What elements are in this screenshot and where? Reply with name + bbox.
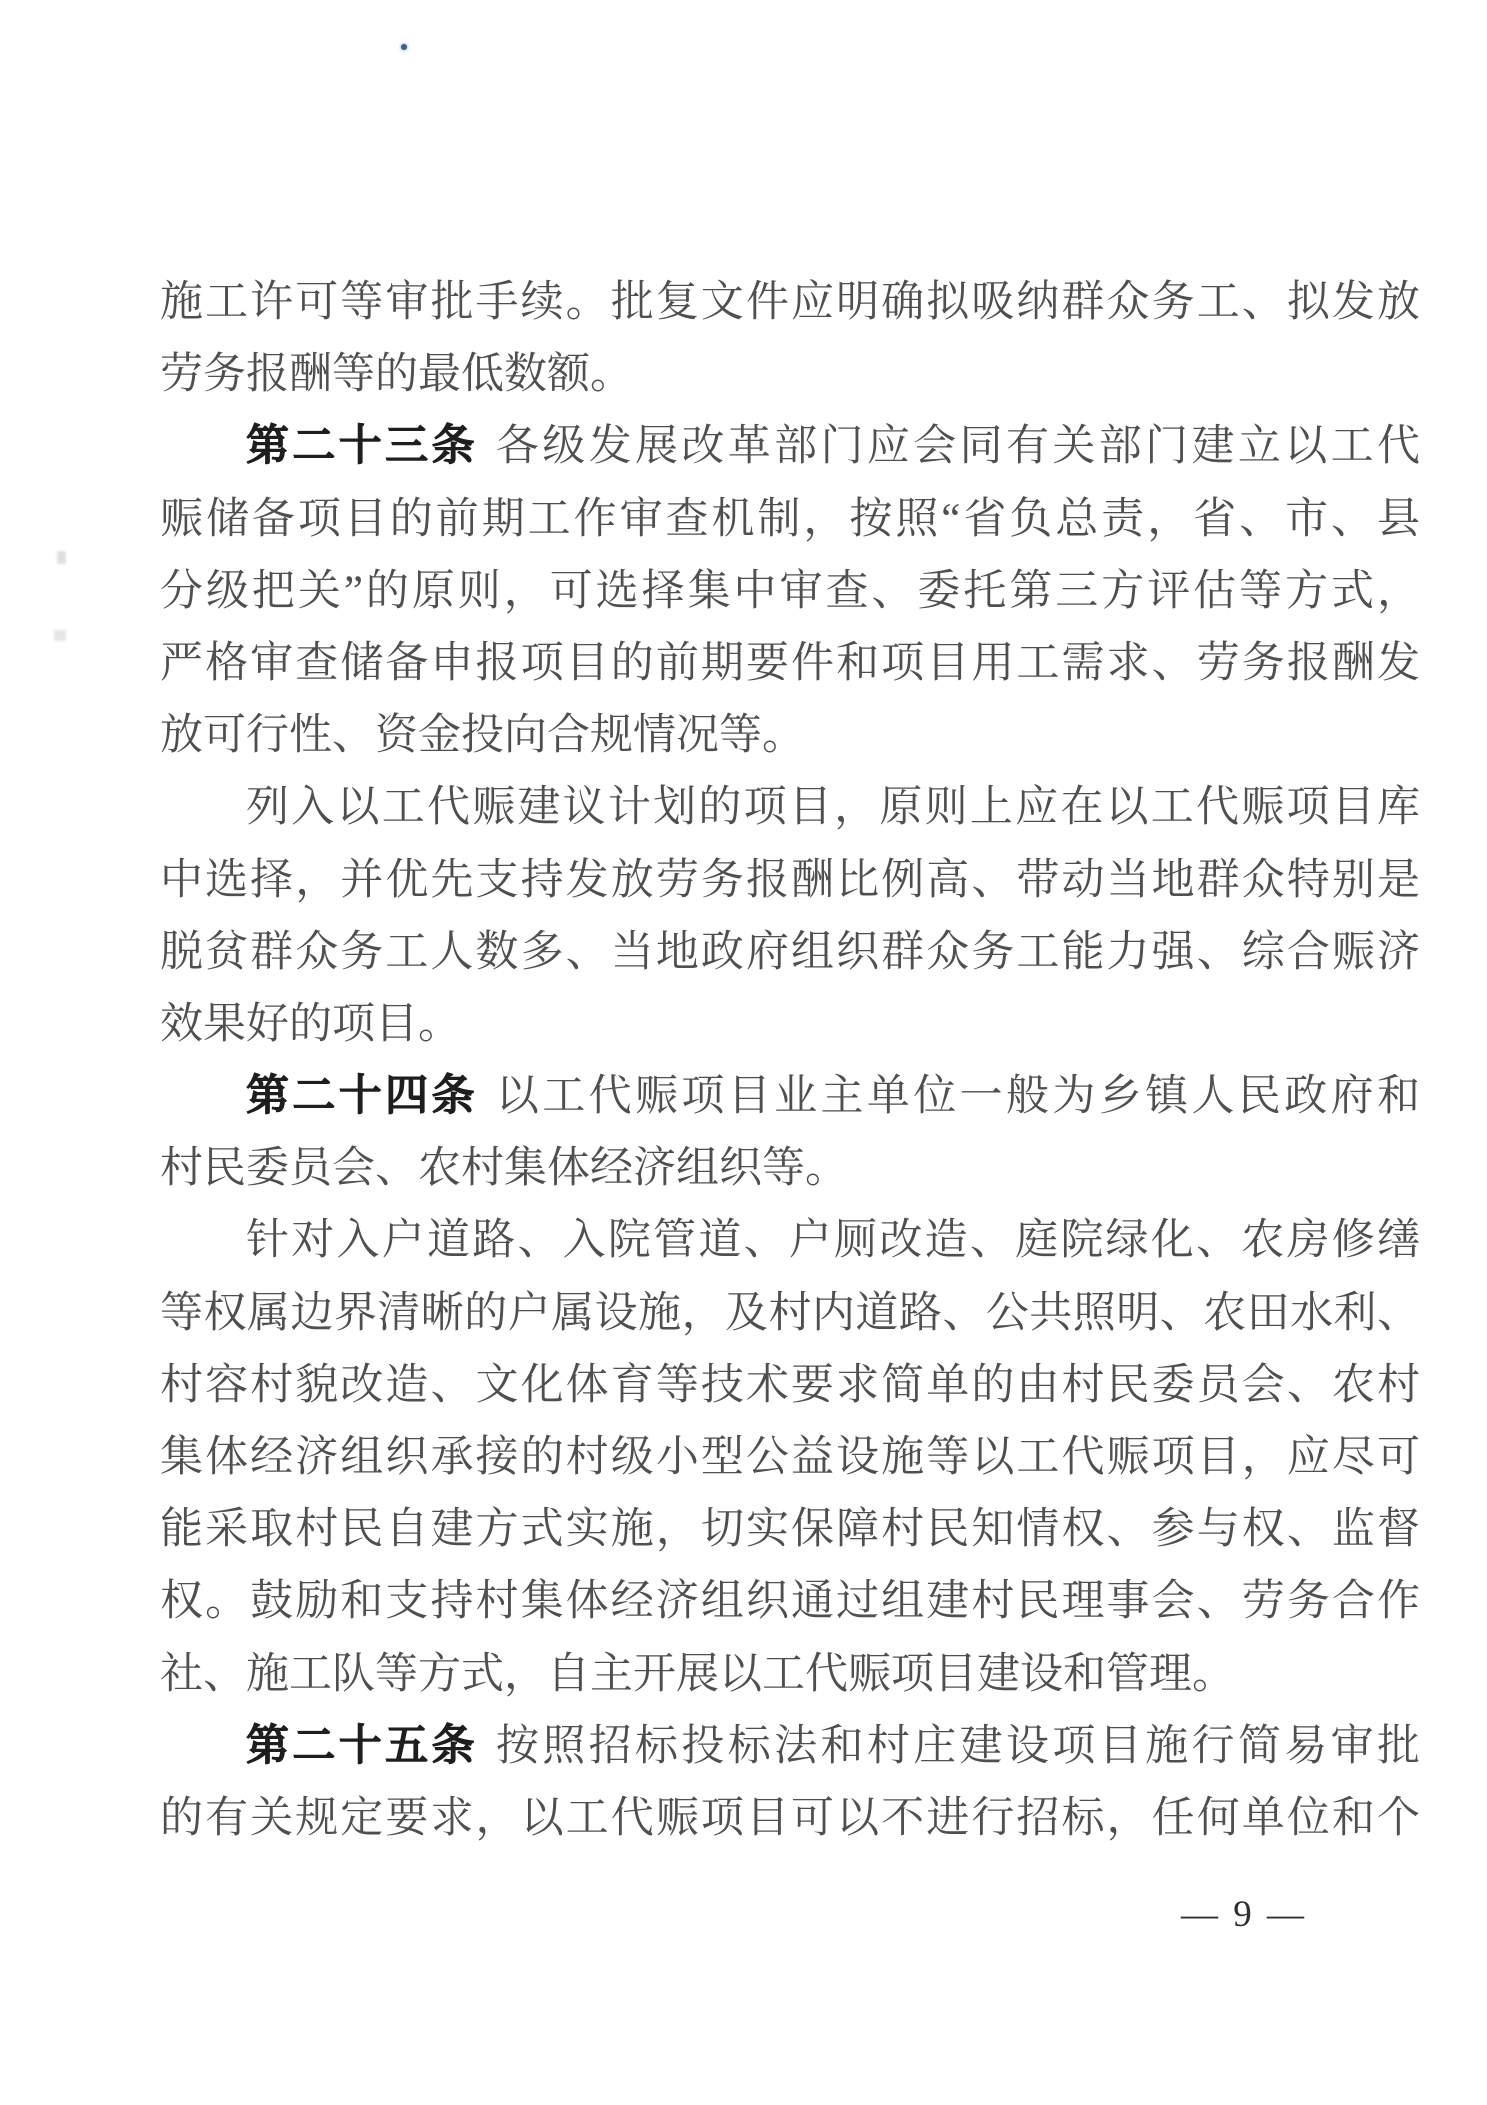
text-line: 社、施工队等方式，自主开展以工代赈项目建设和管理。 (160, 1639, 1420, 1711)
line-text: 村容村貌改造、文化体育等技术要求简单的由村民委员会、农村 (160, 1362, 1420, 1409)
scan-smudge-artifact (57, 551, 66, 564)
line-text: 以工代赈项目业主单位一般为乡镇人民政府和 (496, 1073, 1420, 1120)
text-line-paragraph-start: 列入以工代赈建议计划的项目，原则上应在以工代赈项目库 (160, 772, 1420, 844)
text-line: 村民委员会、农村集体经济组织等。 (160, 1133, 1420, 1205)
line-text: 针对入户道路、入院管道、户厕改造、庭院绿化、农房修缮 (246, 1217, 1420, 1264)
line-text: 按照招标投标法和村庄建设项目施行简易审批 (496, 1723, 1420, 1770)
text-line: 村容村貌改造、文化体育等技术要求简单的由村民委员会、农村 (160, 1350, 1420, 1422)
text-line: 等权属边界清晰的户属设施，及村内道路、公共照明、农田水利、 (160, 1278, 1420, 1350)
line-text: 等权属边界清晰的户属设施，及村内道路、公共照明、农田水利、 (160, 1290, 1420, 1337)
text-line: 集体经济组织承接的村级小型公益设施等以工代赈项目，应尽可 (160, 1422, 1420, 1494)
line-text: 劳务报酬等的最低数额。 (160, 351, 633, 398)
text-line: 效果好的项目。 (160, 989, 1420, 1061)
document-page: 施工许可等审批手续。批复文件应明确拟吸纳群众务工、拟发放 劳务报酬等的最低数额。… (0, 0, 1487, 2105)
line-text: 放可行性、资金投向合规情况等。 (160, 712, 805, 759)
text-line: 分级把关”的原则，可选择集中审查、委托第三方评估等方式， (160, 556, 1420, 628)
scan-smudge-artifact (54, 630, 66, 641)
article-number: 第二十四条 (246, 1073, 478, 1120)
article-number: 第二十三条 (246, 423, 478, 470)
line-text: 村民委员会、农村集体经济组织等。 (160, 1145, 848, 1192)
line-text: 分级把关”的原则，可选择集中审查、委托第三方评估等方式， (160, 568, 1420, 615)
page-number: — 9 — (1181, 1893, 1307, 1937)
text-line: 劳务报酬等的最低数额。 (160, 339, 1420, 411)
line-text: 严格审查储备申报项目的前期要件和项目用工需求、劳务报酬发 (160, 640, 1420, 687)
text-line: 放可行性、资金投向合规情况等。 (160, 700, 1420, 772)
blue-ink-dot-artifact (401, 44, 407, 50)
line-text: 能采取村民自建方式实施，切实保障村民知情权、参与权、监督 (160, 1506, 1420, 1553)
line-text: 效果好的项目。 (160, 1001, 461, 1048)
text-line: 权。鼓励和支持村集体经济组织通过组建村民理事会、劳务合作 (160, 1566, 1420, 1638)
text-line: 能采取村民自建方式实施，切实保障村民知情权、参与权、监督 (160, 1494, 1420, 1566)
line-text: 中选择，并优先支持发放劳务报酬比例高、带动当地群众特别是 (160, 857, 1420, 904)
line-text: 社、施工队等方式，自主开展以工代赈项目建设和管理。 (160, 1651, 1235, 1698)
text-line-article-start: 第二十四条以工代赈项目业主单位一般为乡镇人民政府和 (160, 1061, 1420, 1133)
text-line-article-start: 第二十五条按照招标投标法和村庄建设项目施行简易审批 (160, 1711, 1420, 1783)
line-text: 赈储备项目的前期工作审查机制，按照“省负总责，省、市、县 (160, 496, 1420, 543)
line-text: 脱贫群众务工人数多、当地政府组织群众务工能力强、综合赈济 (160, 929, 1420, 976)
text-line: 赈储备项目的前期工作审查机制，按照“省负总责，省、市、县 (160, 484, 1420, 556)
text-line: 脱贫群众务工人数多、当地政府组织群众务工能力强、综合赈济 (160, 917, 1420, 989)
line-text: 集体经济组织承接的村级小型公益设施等以工代赈项目，应尽可 (160, 1434, 1420, 1481)
text-line: 中选择，并优先支持发放劳务报酬比例高、带动当地群众特别是 (160, 845, 1420, 917)
text-line-article-start: 第二十三条各级发展改革部门应会同有关部门建立以工代 (160, 411, 1420, 483)
line-text: 的有关规定要求，以工代赈项目可以不进行招标，任何单位和个 (160, 1795, 1420, 1842)
line-text: 权。鼓励和支持村集体经济组织通过组建村民理事会、劳务合作 (160, 1578, 1420, 1625)
document-text-block: 施工许可等审批手续。批复文件应明确拟吸纳群众务工、拟发放 劳务报酬等的最低数额。… (160, 267, 1420, 1855)
article-number: 第二十五条 (246, 1723, 478, 1770)
text-line-paragraph-start: 针对入户道路、入院管道、户厕改造、庭院绿化、农房修缮 (160, 1205, 1420, 1277)
line-text: 施工许可等审批手续。批复文件应明确拟吸纳群众务工、拟发放 (160, 279, 1420, 326)
text-line: 严格审查储备申报项目的前期要件和项目用工需求、劳务报酬发 (160, 628, 1420, 700)
text-line: 的有关规定要求，以工代赈项目可以不进行招标，任何单位和个 (160, 1783, 1420, 1855)
text-line: 施工许可等审批手续。批复文件应明确拟吸纳群众务工、拟发放 (160, 267, 1420, 339)
line-text: 各级发展改革部门应会同有关部门建立以工代 (496, 423, 1420, 470)
line-text: 列入以工代赈建议计划的项目，原则上应在以工代赈项目库 (246, 784, 1420, 831)
